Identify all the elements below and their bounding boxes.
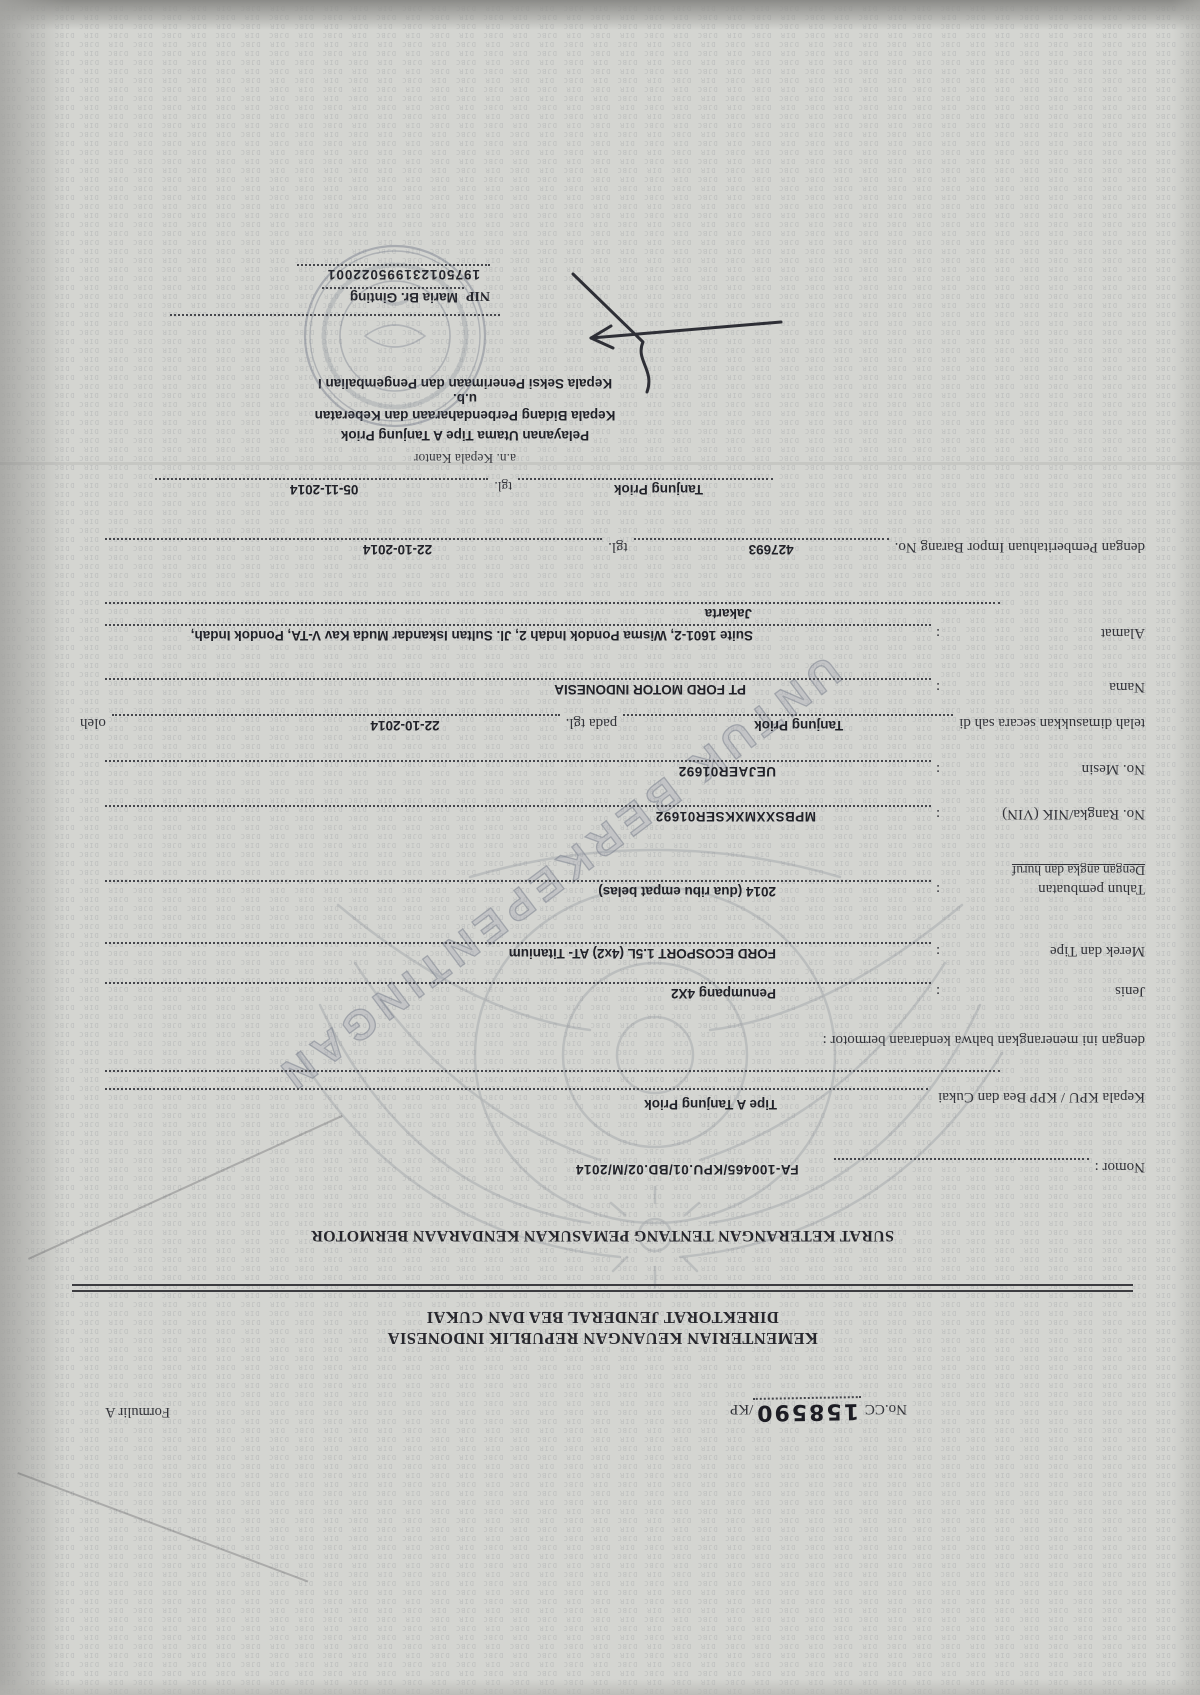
nip-label: NIP <box>466 287 490 303</box>
alamat-line2: Jakarta <box>705 606 752 621</box>
pib-date-dotted-line: 22-10-2014 <box>105 538 602 555</box>
vin-label: No. Rangka/NIK (VIN) <box>945 805 1145 822</box>
merek-value: FORD ECOSPORT 1.5L (4x2) AT- Titanium <box>509 946 776 961</box>
nomor-dotted-line: FA-100465/KPU.01/BD.02/M/2014 <box>834 1158 1089 1175</box>
alamat-dotted-line-2: Jakarta <box>105 602 1000 619</box>
vehicle-row-jenis: Jenis Penumpang 4X2 <box>105 982 1145 1002</box>
entry-date-dotted-line: 22-10-2014 <box>112 714 560 731</box>
entry-suffix: oleh <box>80 714 106 731</box>
pib-date-value: 22-10-2014 <box>363 542 432 557</box>
tahun-label: Tahun pembuatan <box>1038 881 1145 897</box>
signature-dotted-line <box>170 314 500 328</box>
document-sheet: DJBC DIR DJBC DIR DJBC DIR DJBC DIR DJBC… <box>0 0 1200 1695</box>
ministry-line2: DIREKTORAT JENDERAL BEA DAN CUKAI <box>60 1307 1145 1327</box>
office-row: Kepala KPU / KPP Bea dan Cukai <box>105 1088 1145 1108</box>
merek-label: Merek dan Tipe <box>945 942 1145 959</box>
tahun-value: 2014 (dua ribu empat belas) <box>598 884 776 899</box>
no-cc-label: No.CC <box>865 1401 907 1417</box>
office-dotted-line-2 <box>105 1070 1000 1090</box>
office-label: Kepala KPU / KPP Bea dan Cukai <box>938 1088 1145 1105</box>
header-double-rule <box>72 1284 1133 1292</box>
alamat-label: Alamat <box>945 624 1145 641</box>
signature-date-row: Tanjung Priok tgl. 05-11-2014 <box>155 478 773 498</box>
corner-codes-row: No.CC 158590/KP Formulir A <box>60 1398 1145 1432</box>
document-title: SURAT KETERANGAN TENTANG PEMASUKAN KENDA… <box>60 1226 1145 1244</box>
no-cc-suffix: /KP <box>730 1401 753 1417</box>
merek-dotted-line: FORD ECOSPORT 1.5L (4x2) AT- Titanium <box>105 942 931 959</box>
entry-prefix: telah dimasukkan secara sah di <box>959 714 1145 731</box>
signature-date-dotted-line: 05-11-2014 <box>155 478 488 495</box>
jenis-label: Jenis <box>945 982 1145 999</box>
nomor-value: FA-100465/KPU.01/BD.02/M/2014 <box>575 1162 798 1177</box>
nama-label: Nama <box>945 678 1145 695</box>
signature-an-line: a.n. Kepala Kantor <box>265 450 665 466</box>
entry-row: telah dimasukkan secara sah di Tanjung P… <box>80 714 1145 734</box>
tahun-sublabel: Dengan angka dan huruf <box>1012 862 1145 878</box>
nama-dotted-line: PT FORD MOTOR INDONESIA <box>105 678 931 695</box>
signer-name: Maria Br. Ginting <box>322 287 464 305</box>
pib-row: dengan Pemberitahuan Impor Barang No. 42… <box>105 538 1145 558</box>
ministry-line1: KEMENTERIAN KEUANGAN REPUBLIK INDONESIA <box>60 1328 1145 1348</box>
signature-place-dotted-line: Tanjung Priok <box>518 478 773 495</box>
signer-identity-block: NIP Maria Br. Ginting 197501231995022001 <box>115 264 545 328</box>
entry-date-label: pada tgl. <box>566 714 618 731</box>
signature-date-value: 05-11-2014 <box>290 482 358 497</box>
nama-value: PT FORD MOTOR INDONESIA <box>554 682 746 697</box>
entry-place-value: Tanjung Priok <box>754 718 843 733</box>
alamat-dotted-line: Suite 1601-2, Wisma Pondok Indah 2, Jl. … <box>105 624 931 641</box>
signature-tgl-label: tgl. <box>494 478 512 494</box>
form-variant-label: Formulir A <box>105 1403 170 1420</box>
vehicle-row-mesin: No. Mesin UEJAER01692 <box>105 760 1145 780</box>
signer-name-row: NIP Maria Br. Ginting <box>115 287 490 305</box>
office-dotted-line <box>105 1088 928 1105</box>
pib-tgl-label: tgl. <box>608 538 628 555</box>
form-number-group: No.CC 158590/KP <box>730 1397 907 1424</box>
tahun-label-group: Tahun pembuatan Dengan angka dan huruf <box>945 880 1145 897</box>
scanned-document: DJBC DIR DJBC DIR DJBC DIR DJBC DIR DJBC… <box>0 0 1200 1695</box>
alamat-row-2: Jakarta <box>105 602 1000 622</box>
tahun-dotted-line: 2014 (dua ribu empat belas) <box>105 880 931 897</box>
vehicle-row-tahun: Tahun pembuatan Dengan angka dan huruf 2… <box>105 880 1145 900</box>
statement-line: dengan ini menerangkan bahwa kendaraan b… <box>60 1031 1145 1048</box>
vin-dotted-line: MPBSXXMXKSER01692 <box>105 805 931 822</box>
mesin-label: No. Mesin <box>945 760 1145 777</box>
jenis-dotted-line: Penumpang 4X2 <box>105 982 931 999</box>
mesin-value: UEJAER01692 <box>678 764 776 779</box>
nomor-row: Nomor : FA-100465/KPU.01/BD.02/M/2014 <box>120 1158 1145 1178</box>
nomor-label: Nomor : <box>1095 1158 1145 1175</box>
pib-number-value: 427693 <box>749 542 794 557</box>
nama-row: Nama PT FORD MOTOR INDONESIA <box>105 678 1145 698</box>
vehicle-row-merek: Merek dan Tipe FORD ECOSPORT 1.5L (4x2) … <box>105 942 1145 962</box>
alamat-line1: Suite 1601-2, Wisma Pondok Indah 2, Jl. … <box>191 628 753 643</box>
pib-number-dotted-line: 427693 <box>634 538 889 555</box>
entry-date-value: 22-10-2014 <box>371 718 440 733</box>
alamat-row: Alamat Suite 1601-2, Wisma Pondok Indah … <box>105 624 1145 644</box>
nip-number: 197501231995022001 <box>297 264 490 282</box>
document-content: No.CC 158590/KP Formulir A KEMENTERIAN K… <box>60 240 1145 1440</box>
vehicle-row-vin: No. Rangka/NIK (VIN) MPBSXXMXKSER01692 <box>105 805 1145 825</box>
vin-value: MPBSXXMXKSER01692 <box>655 809 816 824</box>
entry-place-dotted-line: Tanjung Priok <box>623 714 953 731</box>
jenis-value: Penumpang 4X2 <box>671 986 776 1001</box>
pib-label: dengan Pemberitahuan Impor Barang No. <box>895 538 1145 555</box>
no-cc-number-stamp: 158590 <box>753 1396 861 1425</box>
signature-place-value: Tanjung Priok <box>614 482 703 497</box>
mesin-dotted-line: UEJAER01692 <box>105 760 931 777</box>
